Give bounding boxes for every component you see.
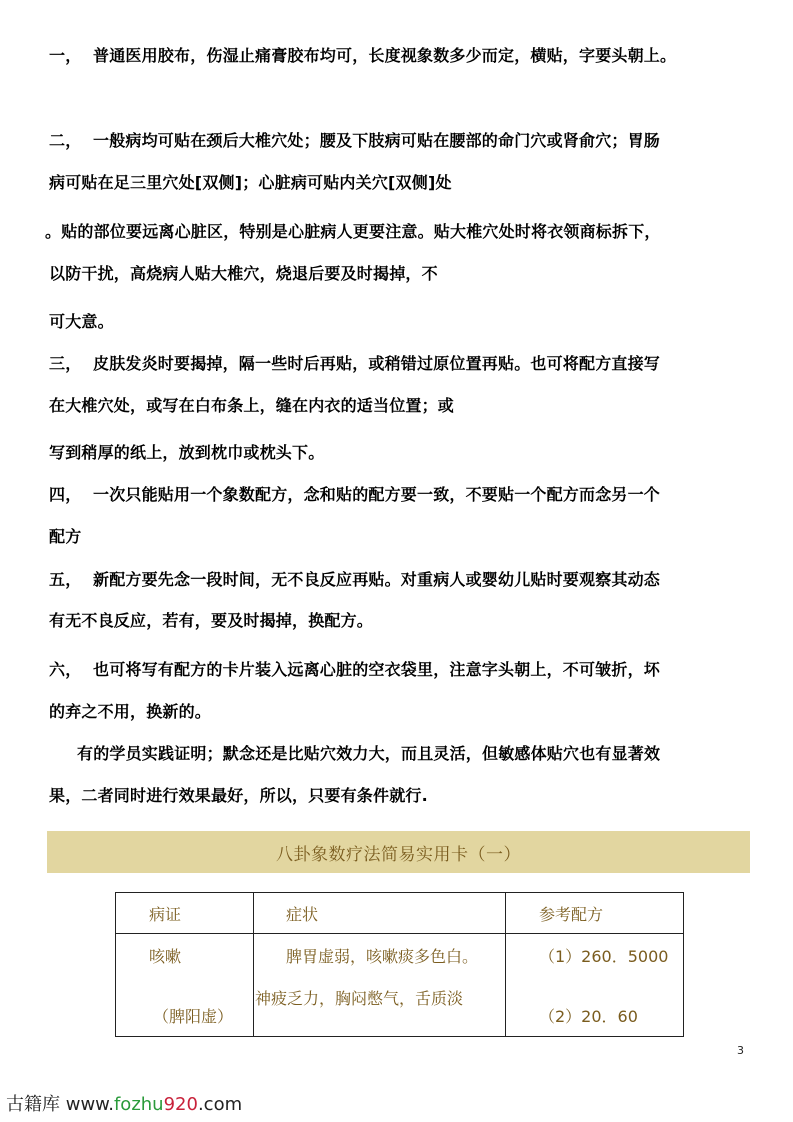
site-url[interactable]: www.fozhu920.com (66, 1094, 242, 1115)
paragraph-6-line-1: 六，也可将写有配方的卡片装入远离心脏的空衣袋里，注意字头朝上，不可皱折，坏 (49, 660, 660, 680)
paragraph-2-line-4: 以防干扰，高烧病人贴大椎穴，烧退后要及时揭掉，不 (49, 264, 438, 284)
closing-line-1: 有的学员实践证明；默念还是比贴穴效力大，而且灵活，但敏感体贴穴也有显著效 (77, 744, 660, 764)
card-title-banner: 八卦象数疗法简易实用卡（一） (47, 831, 750, 873)
cell-symptoms: 脾胃虚弱，咳嗽痰多色白。 神疲乏力，胸闷憋气，舌质淡 (254, 934, 506, 1037)
paragraph-3-line-1: 三，皮肤发炎时要揭掉，隔一些时后再贴，或稍错过原位置再贴。也可将配方直接写 (49, 354, 660, 374)
paragraph-text: 一次只能贴用一个象数配方，念和贴的配方要一致，不要贴一个配方而念另一个 (93, 485, 660, 504)
footer-watermark: 古籍库 www.fozhu920.com (6, 1090, 242, 1116)
paragraph-2-line-3: 。贴的部位要远离心脏区，特别是心脏病人更要注意。贴大椎穴处时将衣领商标拆下， (45, 222, 661, 242)
header-formula: 参考配方 (506, 893, 684, 934)
paragraph-text: 普通医用胶布，伤湿止痛膏胶布均可，长度视象数多少而定，横贴，字要头朝上。 (93, 46, 676, 65)
closing-line-2: 果，二者同时进行效果最好，所以，只要有条件就行. (49, 786, 428, 806)
paragraph-text: 皮肤发炎时要揭掉，隔一些时后再贴，或稍错过原位置再贴。也可将配方直接写 (93, 354, 660, 373)
paragraph-text: 。贴的部位要远离心脏区，特别是心脏病人更要注意。贴大椎穴处时将衣领商标拆下， (45, 222, 661, 241)
formula-1: （1）260．5000 (539, 944, 668, 967)
paragraph-3-line-2: 在大椎穴处，或写在白布条上，缝在内衣的适当位置；或 (49, 396, 454, 416)
paragraph-3-line-3: 写到稍厚的纸上，放到枕巾或枕头下。 (49, 443, 324, 463)
paragraph-2-line-2: 病可贴在足三里穴处[双侧]；心脏病可贴内关穴[双侧]处 (49, 173, 452, 193)
paragraph-text: 以防干扰，高烧病人贴大椎穴，烧退后要及时揭掉，不 (49, 264, 438, 283)
paragraph-text: 果，二者同时进行效果最好，所以，只要有条件就行. (49, 786, 428, 805)
paragraph-5-line-1: 五，新配方要先念一段时间，无不良反应再贴。对重病人或婴幼儿贴时要观察其动态 (49, 570, 660, 590)
paragraph-number: 四， (49, 485, 93, 505)
table-row: 咳嗽 （脾阳虚） 脾胃虚弱，咳嗽痰多色白。 神疲乏力，胸闷憋气，舌质淡 （1）2… (116, 934, 684, 1037)
paragraph-text: 的弃之不用，换新的。 (49, 702, 211, 721)
cell-disease: 咳嗽 （脾阳虚） (116, 934, 254, 1037)
paragraph-text: 有无不良反应，若有，要及时揭掉，换配方。 (49, 611, 373, 630)
paragraph-text: 有的学员实践证明；默念还是比贴穴效力大，而且灵活，但敏感体贴穴也有显著效 (77, 744, 660, 763)
symptom-line-2: 神疲乏力，胸闷憋气，舌质淡 (255, 986, 463, 1009)
paragraph-text: 也可将写有配方的卡片装入远离心脏的空衣袋里，注意字头朝上，不可皱折，坏 (93, 660, 660, 679)
paragraph-number: 一， (49, 46, 93, 66)
paragraph-number: 二， (49, 131, 93, 151)
header-disease: 病证 (116, 893, 254, 934)
formula-2: （2）20．60 (539, 1004, 638, 1027)
paragraph-1-line-1: 一，普通医用胶布，伤湿止痛膏胶布均可，长度视象数多少而定，横贴，字要头朝上。 (49, 46, 676, 66)
symptom-line-1: 脾胃虚弱，咳嗽痰多色白。 (286, 944, 478, 967)
disease-type: （脾阳虚） (153, 1004, 233, 1027)
remedy-table: 病证 症状 参考配方 咳嗽 （脾阳虚） 脾胃虚弱，咳嗽痰多色白。 神疲乏力，胸闷… (115, 892, 684, 1037)
paragraph-text: 配方 (49, 527, 81, 546)
paragraph-text: 写到稍厚的纸上，放到枕巾或枕头下。 (49, 443, 324, 462)
paragraph-4-line-1: 四，一次只能贴用一个象数配方，念和贴的配方要一致，不要贴一个配方而念另一个 (49, 485, 660, 505)
cell-formula: （1）260．5000 （2）20．60 (506, 934, 684, 1037)
paragraph-number: 六， (49, 660, 93, 680)
paragraph-text: 可大意。 (49, 312, 114, 331)
disease-name: 咳嗽 (149, 944, 181, 967)
paragraph-4-line-2: 配方 (49, 527, 81, 547)
table-header-row: 病证 症状 参考配方 (116, 893, 684, 934)
site-name: 古籍库 (6, 1094, 60, 1115)
paragraph-6-line-2: 的弃之不用，换新的。 (49, 702, 211, 722)
paragraph-text: 一般病均可贴在颈后大椎穴处；腰及下肢病可贴在腰部的命门穴或肾俞穴；胃肠 (93, 131, 660, 150)
paragraph-text: 病可贴在足三里穴处[双侧]；心脏病可贴内关穴[双侧]处 (49, 173, 452, 192)
header-symptoms: 症状 (254, 893, 506, 934)
card-title: 八卦象数疗法简易实用卡（一） (276, 840, 521, 865)
page-number: 3 (737, 1044, 744, 1057)
paragraph-number: 五， (49, 570, 93, 590)
paragraph-text: 新配方要先念一段时间，无不良反应再贴。对重病人或婴幼儿贴时要观察其动态 (93, 570, 660, 589)
paragraph-5-line-2: 有无不良反应，若有，要及时揭掉，换配方。 (49, 611, 373, 631)
paragraph-number: 三， (49, 354, 93, 374)
paragraph-2-line-5: 可大意。 (49, 312, 114, 332)
paragraph-text: 在大椎穴处，或写在白布条上，缝在内衣的适当位置；或 (49, 396, 454, 415)
paragraph-2-line-1: 二，一般病均可贴在颈后大椎穴处；腰及下肢病可贴在腰部的命门穴或肾俞穴；胃肠 (49, 131, 660, 151)
